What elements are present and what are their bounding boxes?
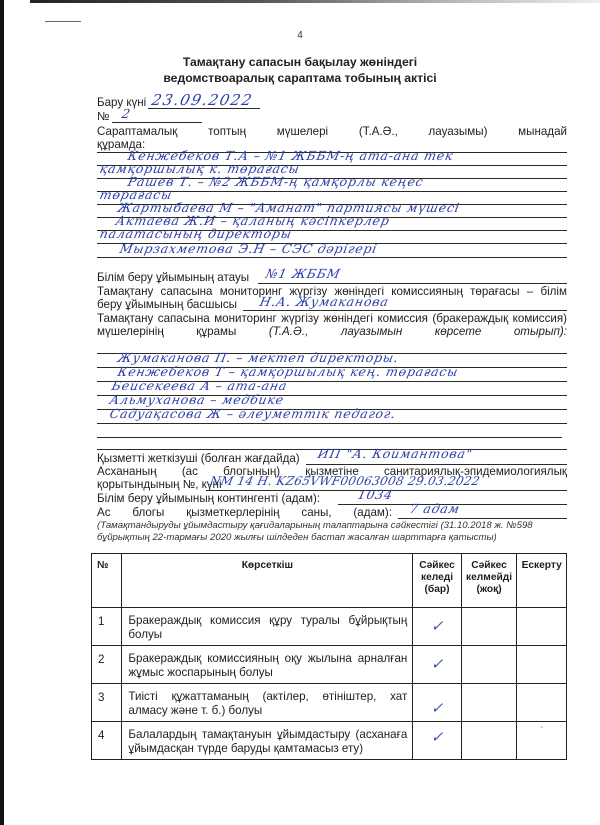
row-compliant-cell[interactable]: ✓ xyxy=(413,646,461,684)
header-noncompliant: Сәйкес келмейді (жоқ) xyxy=(461,554,517,608)
header-indicator: Көрсеткіш xyxy=(122,554,413,608)
header-compliant: Сәйкес келеді (бар) xyxy=(413,554,461,608)
checkmark-icon: ✓ xyxy=(431,655,444,673)
chairman-line xyxy=(243,310,567,311)
title-line-1: Тамақтану сапасын бақылау жөніндегі xyxy=(0,54,600,70)
row-compliant-cell[interactable]: ✓ xyxy=(413,684,461,722)
organization-value[interactable]: №1 ЖББМ xyxy=(264,266,342,281)
title-line-2: ведомствоаралық сараптама тобының актісі xyxy=(0,70,600,86)
commission-member-line[interactable]: Альмуханова – медбике xyxy=(108,392,285,407)
row-num: 4 xyxy=(92,722,122,760)
visit-number-line xyxy=(112,122,202,123)
commission-member-line[interactable]: Кенжебеков Т – қамқоршылық кең. төрағасы xyxy=(116,364,460,379)
row-compliant-cell[interactable]: ✓ xyxy=(413,722,461,760)
commission-label: Тамақтану сапасына мониторинг жүргізу жө… xyxy=(97,312,567,325)
table-header-row: № Көрсеткіш Сәйкес келеді (бар) Сәйкес к… xyxy=(92,554,567,608)
staff-label: Ас блогы қызметкерлерінің саны, (адам): xyxy=(97,506,392,519)
organization-line xyxy=(258,283,567,284)
expert-member-line[interactable]: Мырзахметова Э.Н – СЭС дәрігері xyxy=(118,241,378,256)
table-row: 4 Балалардың тамақтануын ұйымдастыру (ас… xyxy=(92,722,567,760)
corner-mark xyxy=(45,21,81,22)
row-num: 2 xyxy=(92,646,122,684)
ruled-line xyxy=(97,437,562,438)
staff-line xyxy=(398,518,567,519)
commission-member-line[interactable]: Жумаканова П. – мектеп директоры. xyxy=(116,350,400,365)
row-indicator: Бракераждық комиссия құру туралы бұйрықт… xyxy=(122,608,413,646)
supplier-value[interactable]: ИП "А. Коймантова" xyxy=(316,446,474,461)
expert-member-line[interactable]: палатасының директоры xyxy=(98,226,293,241)
row-indicator: Бракераждық комиссияның оқу жылына арнал… xyxy=(122,646,413,684)
visit-date-value[interactable]: 23.09.2022 xyxy=(150,91,255,109)
commission-label-2: мүшелерінің құрамы (Т.А.Ә., лауазымын кө… xyxy=(97,325,567,338)
table-row: 2 Бракераждық комиссияның оқу жылына арн… xyxy=(92,646,567,684)
scan-edge xyxy=(0,0,4,825)
row-indicator: Балалардың тамақтануын ұйымдастыру (асха… xyxy=(122,722,413,760)
commission-member-line[interactable]: Садуақасова Ж – әлеуметтік педагог. xyxy=(108,406,397,421)
checkmark-icon: ✓ xyxy=(431,699,444,717)
scan-shadow xyxy=(30,0,600,3)
row-noncompliant-cell[interactable] xyxy=(461,722,517,760)
row-num: 3 xyxy=(92,684,122,722)
table-row: 1 Бракераждық комиссия құру туралы бұйры… xyxy=(92,608,567,646)
chairman-value[interactable]: Н.А. Жумаканова xyxy=(258,294,390,309)
row-remark-cell[interactable] xyxy=(517,646,567,684)
row-remark-cell[interactable] xyxy=(517,684,567,722)
checkmark-icon: ✓ xyxy=(431,728,444,746)
document-title: Тамақтану сапасын бақылау жөніндегі ведо… xyxy=(0,54,600,86)
row-indicator: Тиісті құжаттаманың (актілер, өтініштер,… xyxy=(122,684,413,722)
regulation-note: (Тамақтандыруды ұйымдастыру қағидаларыны… xyxy=(97,520,567,544)
indicators-table: № Көрсеткіш Сәйкес келеді (бар) Сәйкес к… xyxy=(91,553,567,760)
contingent-value[interactable]: 1034 xyxy=(356,487,394,502)
staff-value[interactable]: 7 адам xyxy=(408,501,461,516)
expert-group-label: Сараптамалық топтың мүшелері (Т.А.Ә., ла… xyxy=(97,125,567,138)
row-noncompliant-cell[interactable] xyxy=(461,646,517,684)
commission-member-line[interactable]: Бейсекеева А – ата-ана xyxy=(110,378,289,393)
table-row: 3 Тиісті құжаттаманың (актілер, өтініште… xyxy=(92,684,567,722)
checkmark-icon: ✓ xyxy=(431,617,444,635)
ruled-line xyxy=(97,423,567,424)
header-num: № xyxy=(92,554,122,608)
row-noncompliant-cell[interactable] xyxy=(461,684,517,722)
page-number: 4 xyxy=(0,30,600,41)
row-compliant-cell[interactable]: ✓ xyxy=(413,608,461,646)
sanitary-value[interactable]: NM 14 H. KZ65VWF00063008 29.03.2022 xyxy=(209,474,482,488)
row-remark-cell[interactable]: - xyxy=(517,722,567,760)
row-num: 1 xyxy=(92,608,122,646)
row-remark-cell[interactable] xyxy=(517,608,567,646)
row-noncompliant-cell[interactable] xyxy=(461,608,517,646)
ruled-line xyxy=(97,257,567,258)
header-remark: Ескерту xyxy=(517,554,567,608)
